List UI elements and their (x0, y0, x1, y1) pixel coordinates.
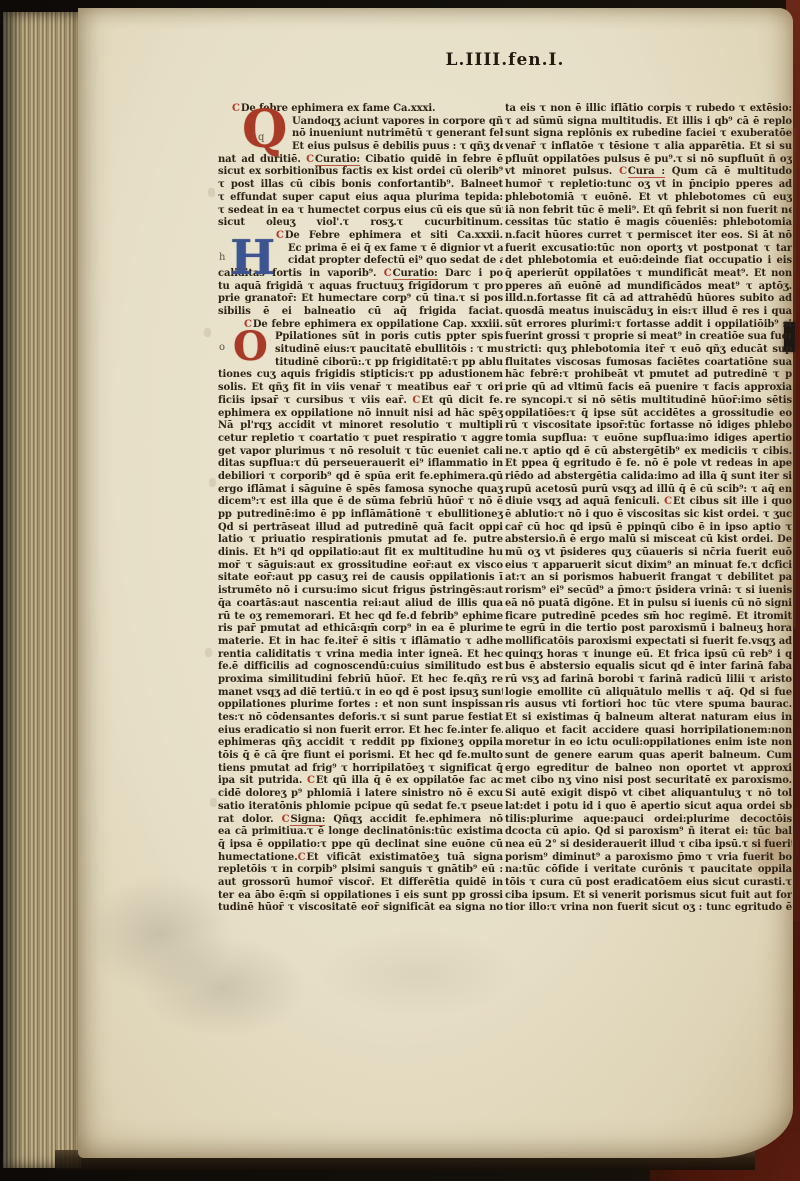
text-line: fluitates viscosas fumosas faciētes coar… (505, 357, 792, 370)
text-line: Si autē exigit dispō vt cibet aliquantul… (505, 788, 792, 801)
text-line: Nā pl'rqʒ accidit vt minoret resolutio τ… (218, 420, 503, 433)
text-line: car̄ cū hoc qd ipsū ē ppinqū cibo ē in i… (505, 522, 792, 535)
text-line: humor̄ τ repletio:tunc oʒ vt in p̄ncipio… (505, 179, 792, 192)
text-line: latio τ priuatio respirationis pmutat ad… (218, 534, 503, 547)
text-line: vt minoret pulsus. CCura : Qum cā ē mult… (505, 166, 792, 179)
text-line: fe.ē difficilis ad cognoscendū:cuius sim… (218, 661, 503, 674)
text-line: ditas supflua:τ dū perseuerauerit ei⁹ if… (218, 458, 503, 471)
text-line: oppilationes plurime fortes : et non sun… (218, 699, 503, 712)
text-line: cidē doloreʒ p⁹ phlomiā i latere sinistr… (218, 788, 503, 801)
text-line: dinis. Et h⁹i qd oppilatio:aut fit ex mu… (218, 547, 503, 560)
text-line: ficare putredinē pcedes sm̄ hoc regimē. … (505, 611, 792, 624)
text-line: na:tūc cōfide i veritate curōnis τ pauci… (505, 864, 792, 877)
text-line: moretur in eo ictu oculi:oppilationes en… (505, 737, 792, 750)
text-line: ciba ipsum. Et si venerit porismus sicut… (505, 890, 792, 903)
drop-cap-initial-O: O (233, 328, 268, 366)
text-line: tilis:plurime aque:pauci ordei:plurime d… (505, 814, 792, 827)
fore-edge-page-stack (3, 12, 81, 1168)
text-line: quinqʒ horas τ inunge eū. Et frica ipsū … (505, 649, 792, 662)
text-line: bus ē abstersio equalis sicut qd ē inter… (505, 661, 792, 674)
text-line: tior illo:τ vrina non fuerit sicut oʒ : … (505, 902, 792, 915)
stain-bottom-left-2 (138, 938, 308, 1038)
text-line: Qd si pertrāseat illud ad putredinē quā … (218, 522, 503, 535)
capitulum-mark: C (619, 166, 628, 177)
capitulum-mark: C (298, 852, 307, 863)
text-line: logie emollite cū aliquātulo mellis τ aq… (505, 687, 792, 700)
capitulum-mark: C (306, 154, 315, 165)
text-line: fuerit excusatio:tūc non oportʒ vt postp… (505, 243, 792, 256)
text-line: venar̄ τ inflatōe τ tēsione τ alia appar… (505, 141, 792, 154)
text-line: get vapor plurimus τ nō resoluit τ tūc e… (218, 446, 503, 459)
text-line: te egrū in die tertio post paroxismū i b… (505, 623, 792, 636)
drop-cap-initial-Q: Q (242, 108, 287, 152)
text-line: stricti: quʒ phlebotomia iter̄ τ euō qñʒ… (505, 344, 792, 357)
book-page: L.IIII.fen.I. Q q H h O o CDe febre ephi… (78, 8, 793, 1158)
text-line: aliquo et facit accidere quasi horripila… (505, 725, 792, 738)
text-line: sibilis ē ei balneatio cū aq̄ frigida fa… (218, 306, 503, 319)
capitulum-mark: C (412, 395, 421, 406)
text-line: q̄a coartās:aut nascentia rei:aut aliud … (218, 598, 503, 611)
text-line: tiens pmutat ad frig⁹ τ horripilatōeʒ τ … (218, 763, 503, 776)
stain-bottom-left (84, 874, 234, 994)
text-line: rat dolor. CSigna: Qñqʒ accidit fe.ephim… (218, 814, 503, 827)
text-line: illd.n.fortasse fit cā ad attrahēdū hūor… (505, 293, 792, 306)
rubricated-word: Signa: (290, 814, 325, 826)
show-through-speck (209, 478, 216, 487)
show-through-speck (208, 188, 215, 197)
text-line: ipa sit putrida. CEt qū illa q̄ ē ex opp… (218, 775, 503, 788)
text-line: rorism⁹ ei⁹ secūd⁹ a p̄mo:τ p̄sidera vri… (505, 585, 792, 598)
text-line: hāc febrē:τ prohibeāt vt pmutet ad putre… (505, 369, 792, 382)
text-line: prie granator̄: Et humectare corp⁹ cū ti… (218, 293, 503, 306)
rubricated-word: Curatio: (393, 268, 438, 280)
text-line: debiliori τ corporib⁹ qd ē spūa erit fe.… (218, 471, 503, 484)
text-line: ne.τ aptio qd ē cū abstergētib⁹ ex medic… (505, 446, 792, 459)
text-line: pp putredinē:imo ē pp inflāmātionē τ ebu… (218, 509, 503, 522)
capitulum-mark: C (384, 268, 393, 279)
text-line: nea eū 2° si desiderauerit illud τ ciba … (505, 839, 792, 852)
capitulum-mark: C (307, 775, 316, 786)
text-line: tōis τ cura cū post eradicatōem eius sic… (505, 877, 792, 890)
text-line: ter ea ābo ē:qm̄ si oppilationes ī eis s… (218, 890, 503, 903)
text-column-right: ta eis τ non ē illic iflātio corpis τ ru… (505, 103, 792, 921)
text-line: proxima similitudini febriū hūor̄. Et he… (218, 674, 503, 687)
text-line: rū te oʒ rememorari. Et hec qd fe.d febr… (218, 611, 503, 624)
stain-bottom-center (318, 928, 518, 1018)
text-line: pperes añ euōnē ad mundificādos meat⁹ τ … (505, 281, 792, 294)
text-line: ē ablutio:τ nō i quo ē viscositas sic ki… (505, 509, 792, 522)
text-line: ephimera ex oppilatione nō innuit nisi a… (218, 408, 503, 421)
show-through-speck (204, 328, 211, 337)
text-line: sunt de genere earum quas aperit balneum… (505, 750, 792, 763)
text-line: prie qū ad vltimū facis eā puenire τ fac… (505, 382, 792, 395)
text-line: mollificatōis paroxismi expectati si fue… (505, 636, 792, 649)
text-line: sitate eor̄:aut pp casuʒ rei de causis o… (218, 572, 503, 585)
text-line: sicut oleuʒ viol'.τ rosʒ.τ cucurbitinum. (218, 217, 503, 230)
text-line: τ post illas cū cibis bonis confortantib… (218, 179, 503, 192)
text-line: oppilatiōes:τ q̄ ipse sūt accidētes a gr… (505, 408, 792, 421)
text-line: dicem⁹:τ est illa que ē de sūma febriū h… (218, 496, 503, 509)
show-through-speck (210, 798, 217, 807)
text-line: ta eis τ non ē illic iflātio corpis τ ru… (505, 103, 792, 116)
text-line: re syncopi.τ si nō sētis multitudinē hūo… (505, 395, 792, 408)
text-line: cetur repletio τ coartatio τ puet respir… (218, 433, 503, 446)
text-line: q̄ ipsa ē oppilatio:τ ppe qū declinat si… (218, 839, 503, 852)
text-line: mor̄ τ sāguis:aut ex grossitudine eor̄:a… (218, 560, 503, 573)
text-line: tomia supflua: τ euōne supflua:imo idige… (505, 433, 792, 446)
capitulum-mark: C (664, 496, 673, 507)
guide-letter-o: o (219, 342, 225, 353)
text-line: n.facit hūores curret τ permiscet iter e… (505, 230, 792, 243)
text-line: ris ausus vti fortiori hoc tūc vtere spu… (505, 699, 792, 712)
text-line: materie. Et in hac fe.iter̄ ē sitis τ if… (218, 636, 503, 649)
text-line: τ effundat super caput eius aqua plurima… (218, 192, 503, 205)
text-line: rupū acetosū purū vsqʒ ad illū q̄ ē cū s… (505, 484, 792, 497)
rubricated-word: Curatio: (315, 154, 360, 166)
text-line: iā non febrit tūc ē meli⁹. Et qñ febrit … (505, 205, 792, 218)
text-line: riēdo ad abstergētia calida:imo ad illa … (505, 471, 792, 484)
text-line: repletōis τ in corpib⁹ plsimi sanguis τ … (218, 864, 503, 877)
text-line: rentia caliditatis τ vrina media inter i… (218, 649, 503, 662)
text-line: aut grossorū humor̄ viscor̄. Et differēt… (218, 877, 503, 890)
capitulum-mark: C (276, 230, 285, 241)
text-line: τ sedeat in ea τ humectet corpus eius cū… (218, 205, 503, 218)
text-line: ris par̄ pmutat ad ethicā:qm̄ corp⁹ in e… (218, 623, 503, 636)
text-line: tes:τ nō cōdensantes deforis.τ si sunt p… (218, 712, 503, 725)
text-line: rū vsʒ ad farinā borobi τ farinā radicū … (505, 674, 792, 687)
text-line: fuerint grossi τ proprie si meat⁹ in cre… (505, 331, 792, 344)
drop-cap-initial-H: H (230, 236, 275, 280)
text-line: istrumēto nō i cursu:imo sicut frigus p̄… (218, 585, 503, 598)
capitulum-mark: C (232, 103, 241, 114)
text-line: rū τ viscositate ipsor̄:tūc fortasse nō … (505, 420, 792, 433)
guide-letter-h: h (219, 252, 225, 263)
guide-letter-q: q (258, 132, 264, 143)
text-line: quosdā meatus inuiscāduʒ in eis:τ illud … (505, 306, 792, 319)
text-line: Et si existimas q̄ balneum alterat natur… (505, 712, 792, 725)
text-line: at:τ an si porismos habuerit frangat τ d… (505, 572, 792, 585)
text-line: sunt signa replōnis ex rubedine faciei τ… (505, 128, 792, 141)
text-line: eius eradicatio si non fuerit error. Et … (218, 725, 503, 738)
text-line: sicut ex sorbitionibus factis ex kist or… (218, 166, 503, 179)
text-line: sūt errores plurimi:τ fortasse addit i o… (505, 319, 792, 332)
text-line: diuie vsqʒ ad aquā feniculi. CEt cibus s… (505, 496, 792, 509)
text-line: mū oʒ vt p̄sideres quʒ cūaueris si nc̄ri… (505, 547, 792, 560)
text-line: ergo egreditur de balneo non oportet vt … (505, 763, 792, 776)
text-line: q̄ aperierūt oppilatōes τ mundificāt mea… (505, 268, 792, 281)
text-line: porism⁹ diminut⁹ a paroxismo p̄mo τ vria… (505, 852, 792, 865)
text-line: det phlebotomia et euō:deinde fiat occup… (505, 255, 792, 268)
text-line: Et ppea q̄ egritudo ē fe. nō ē pole vt r… (505, 458, 792, 471)
text-line: ephimeras qñʒ accidit τ reddit pp fixion… (218, 737, 503, 750)
text-line: ea cā primitiua.τ ē longe declinatōnis:t… (218, 826, 503, 839)
text-line: tiones cuʒ aquis frigidis stipticis:τ pp… (218, 369, 503, 382)
text-line: tudinē hūor̄ τ viscositatē eor̄ signific… (218, 902, 503, 915)
text-line: solis. Et qñʒ fit in viis venar̄ τ meati… (218, 382, 503, 395)
text-line: phlebotomiā τ euōnē. Et vt phlebotomes c… (505, 192, 792, 205)
rubricated-word: Cura : (628, 166, 665, 178)
text-column-left: CDe febre ephimera ex fame Ca.xxxi.Uando… (218, 103, 503, 921)
text-line: lat:det i potu id i quo ē apertio sicut … (505, 801, 792, 814)
text-line: ficiis ipsar̄ τ cursibus τ viis ear̄. CE… (218, 395, 503, 408)
text-line: cessitas tūc statio ē magis cōueniēs: ph… (505, 217, 792, 230)
text-line: humectatione.CEt vificāt existimatōeʒ tu… (218, 852, 503, 865)
text-line: met cibo nʒ vino nisi post securitatē ex… (505, 775, 792, 788)
text-line: eius τ apparuerit sicut dixim⁹ an minuat… (505, 560, 792, 573)
book-photograph: L.IIII.fen.I. Q q H h O o CDe febre ephi… (0, 0, 800, 1181)
folio-header: L.IIII.fen.I. (218, 50, 792, 70)
show-through-speck (205, 648, 212, 657)
text-line: τ ad sūmū signa multitudis. Et illis i q… (505, 116, 792, 129)
text-line: eā nō puatā digōne. Et in pulsu si iueni… (505, 598, 792, 611)
text-line: pfluūt oppilatōes pulsus ē pu⁹.τ si nō s… (505, 154, 792, 167)
text-line: satio iteratōnis phlomie pcipue qū sedat… (218, 801, 503, 814)
text-line: ergo iflāmat i sāguine ē spēs famosa syn… (218, 484, 503, 497)
text-line: tōis q̄ ē cā q̄re fiunt ei porismi. Et h… (218, 750, 503, 763)
text-line: dcocta cū apio. Qd si paroxism⁹ ñ iterat… (505, 826, 792, 839)
text-line: manet vsqʒ ad diē tertiū.τ in eo qd ē po… (218, 687, 503, 700)
text-line: abstersio.ñ ē ergo malū si misceat cū ki… (505, 534, 792, 547)
